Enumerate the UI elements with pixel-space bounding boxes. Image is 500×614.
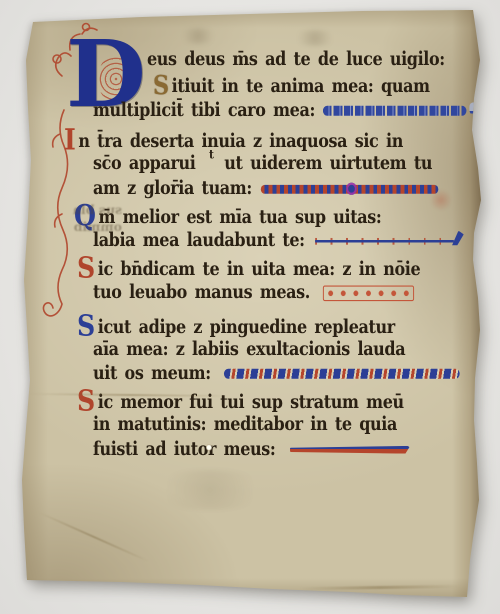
line-text: ic bn̄dicam te in uita mea: z in nōie — [98, 258, 421, 279]
line-text: am z glor̄ia tuam: — [93, 177, 252, 198]
line-filler-red-beads — [323, 285, 414, 301]
stain — [178, 28, 218, 44]
line-filler-braid — [224, 369, 460, 379]
interlinear-correction: t — [209, 148, 214, 163]
line-text: eus deus m̄s ad te de luce uigilo: — [147, 48, 445, 69]
text-line: Sicut adipe z pinguedine repleatur — [77, 313, 395, 338]
stain — [150, 470, 270, 510]
text-line: Sitiuit in te anima mea: quam — [153, 74, 430, 96]
text-line: eus deus m̄s ad te de luce uigilo: — [147, 48, 445, 69]
line-filler-red-blue-short — [290, 446, 410, 454]
line-filler-blue-scroll — [323, 106, 467, 116]
photo-background: D eus deus m̄s ad te de luce uigilo:Siti… — [0, 0, 500, 614]
line-text: in matutinis: meditabor in te quia — [93, 413, 397, 434]
text-line: multiplicit̄ tibi caro mea: — [93, 99, 466, 120]
line-text: sc̄o apparui — [93, 152, 195, 173]
line-text: ut uiderem uirtutem tu — [224, 152, 432, 173]
show-through-line: ommib — [36, 218, 122, 235]
parchment-hole — [206, 444, 212, 451]
leaf-surface: D eus deus m̄s ad te de luce uigilo:Siti… — [0, 0, 500, 614]
text-line: Sic memor fui tui sup stratum meū — [77, 388, 404, 413]
manuscript-leaf: D eus deus m̄s ad te de luce uigilo:Siti… — [22, 8, 482, 600]
line-text: icut adipe z pinguedine repleatur — [98, 316, 395, 337]
parchment-crease — [39, 512, 149, 563]
line-text: aīa mea: z labiis exultacionis lauda — [93, 338, 405, 359]
line-text: labia mea laudabunt te: — [93, 229, 305, 250]
show-through-text: sus bla ommib — [36, 201, 122, 235]
text-line: am z glor̄ia tuam: — [93, 177, 438, 198]
text-line: fuisti ad iutor meus: — [93, 438, 410, 459]
line-text: n t̄ra deserta inuia z inaquosa sic in — [78, 130, 403, 151]
red-show-through-mark — [431, 188, 451, 212]
line-text: tuo leuabo manus meas. — [93, 281, 310, 302]
line-text: uit os meum: — [93, 362, 211, 383]
line-text: itiuit in te anima mea: quam — [172, 75, 430, 96]
show-through-line: sus bla — [36, 201, 122, 218]
line-text: m̄ melior est mīa tua sup uitas: — [98, 206, 381, 227]
versal-initial-i: I — [64, 124, 75, 158]
line-text: multiplicit̄ tibi caro mea: — [93, 99, 315, 120]
text-line: tuo leuabo manus meas. — [93, 281, 414, 302]
line-filler-red-blue-squiggle — [261, 184, 439, 193]
text-line: in matutinis: meditabor in te quia — [93, 413, 397, 434]
manuscript-leaf-shadow: D eus deus m̄s ad te de luce uigilo:Siti… — [22, 8, 482, 600]
stain — [292, 30, 338, 46]
versal-initial-s: S — [153, 71, 169, 101]
text-line: Sic bn̄dicam te in uita mea: z in nōie — [77, 255, 420, 280]
text-line: uit os meum: — [93, 362, 460, 383]
line-text: fuisti ad iutor meus: — [93, 438, 275, 459]
text-line: In t̄ra deserta inuia z inaquosa sic in — [64, 127, 403, 152]
parchment-crease — [300, 585, 460, 590]
text-line: labia mea laudabunt te: — [93, 229, 454, 250]
text-line: aīa mea: z labiis exultacionis lauda — [93, 338, 405, 359]
text-line: sc̄o apparuitut uiderem uirtutem tu — [93, 152, 432, 173]
line-filler-blue-flourish — [315, 234, 454, 247]
